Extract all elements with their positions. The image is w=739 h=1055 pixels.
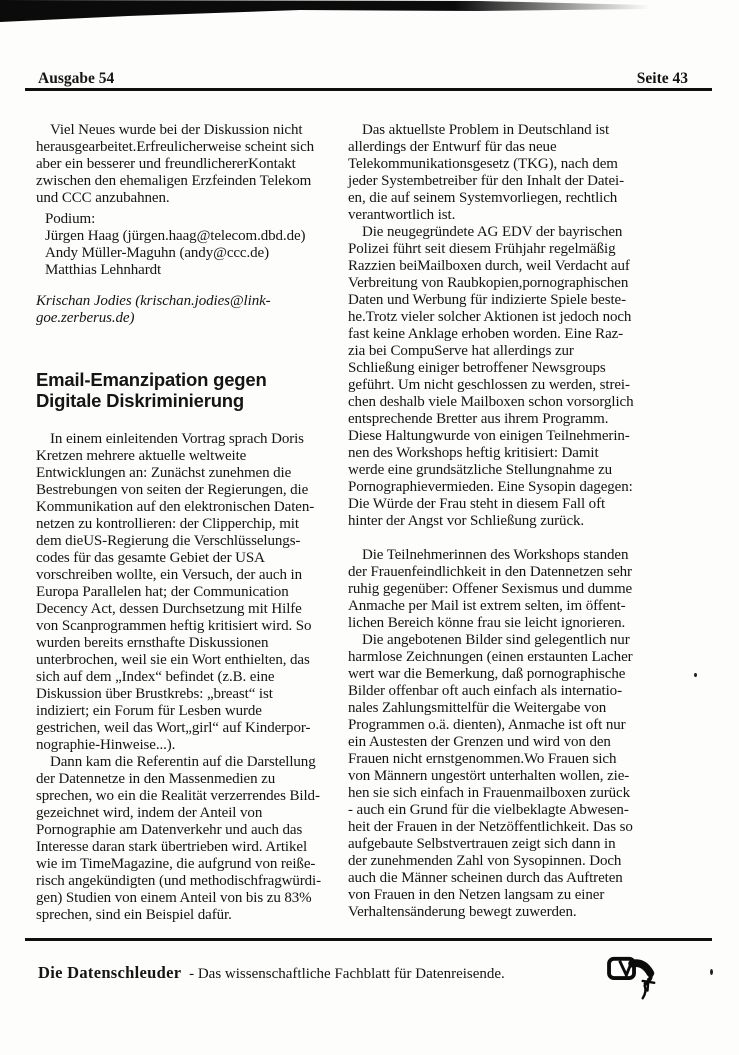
magazine-tagline: - Das wissenschaftliche Fachblatt für Da… <box>189 966 505 982</box>
datenschleuder-logo-icon <box>606 954 664 1004</box>
vortrag-paragraph: In einem einleitenden Vortrag sprach Dor… <box>36 431 352 754</box>
issue-label: Ausgabe 54 <box>38 70 114 88</box>
opening-paragraph: Viel Neues wurde bei der Diskussion nich… <box>36 122 352 207</box>
left-column: Viel Neues wurde bei der Diskussion nich… <box>36 122 352 924</box>
scan-speck <box>710 969 713 975</box>
scan-artifact-top <box>0 0 650 24</box>
moderator-credit: Krischan Jodies (krischan.jodies@link- g… <box>36 293 352 327</box>
footer-divider <box>25 938 712 941</box>
massenmedien-paragraph: Dann kam die Referentin auf die Darstell… <box>36 754 352 924</box>
page-header: Ausgabe 54 Seite 43 <box>25 66 712 91</box>
tkg-paragraph: Das aktuellste Problem in Deutschland is… <box>348 122 696 224</box>
article-heading: Email-Emanzipation gegen Digitale Diskri… <box>36 369 352 411</box>
page-footer: Die Datenschleuder - Das wissenschaftlic… <box>38 963 598 984</box>
page-number: Seite 43 <box>637 70 688 88</box>
workshop-paragraph: Die Teilnehmerinnen des Workshops stande… <box>348 547 696 632</box>
right-column: Das aktuellste Problem in Deutschland is… <box>348 122 696 921</box>
scanned-page: Ausgabe 54 Seite 43 Viel Neues wurde bei… <box>0 0 739 1055</box>
bilder-paragraph: Die angebotenen Bilder sind gelegentlich… <box>348 632 696 921</box>
magazine-title: Die Datenschleuder <box>38 963 181 982</box>
razzien-paragraph: Die neugegründete AG EDV der bayrischen … <box>348 224 696 530</box>
podium-speaker-list: Podium: Jürgen Haag (jürgen.haag@telecom… <box>36 211 352 279</box>
